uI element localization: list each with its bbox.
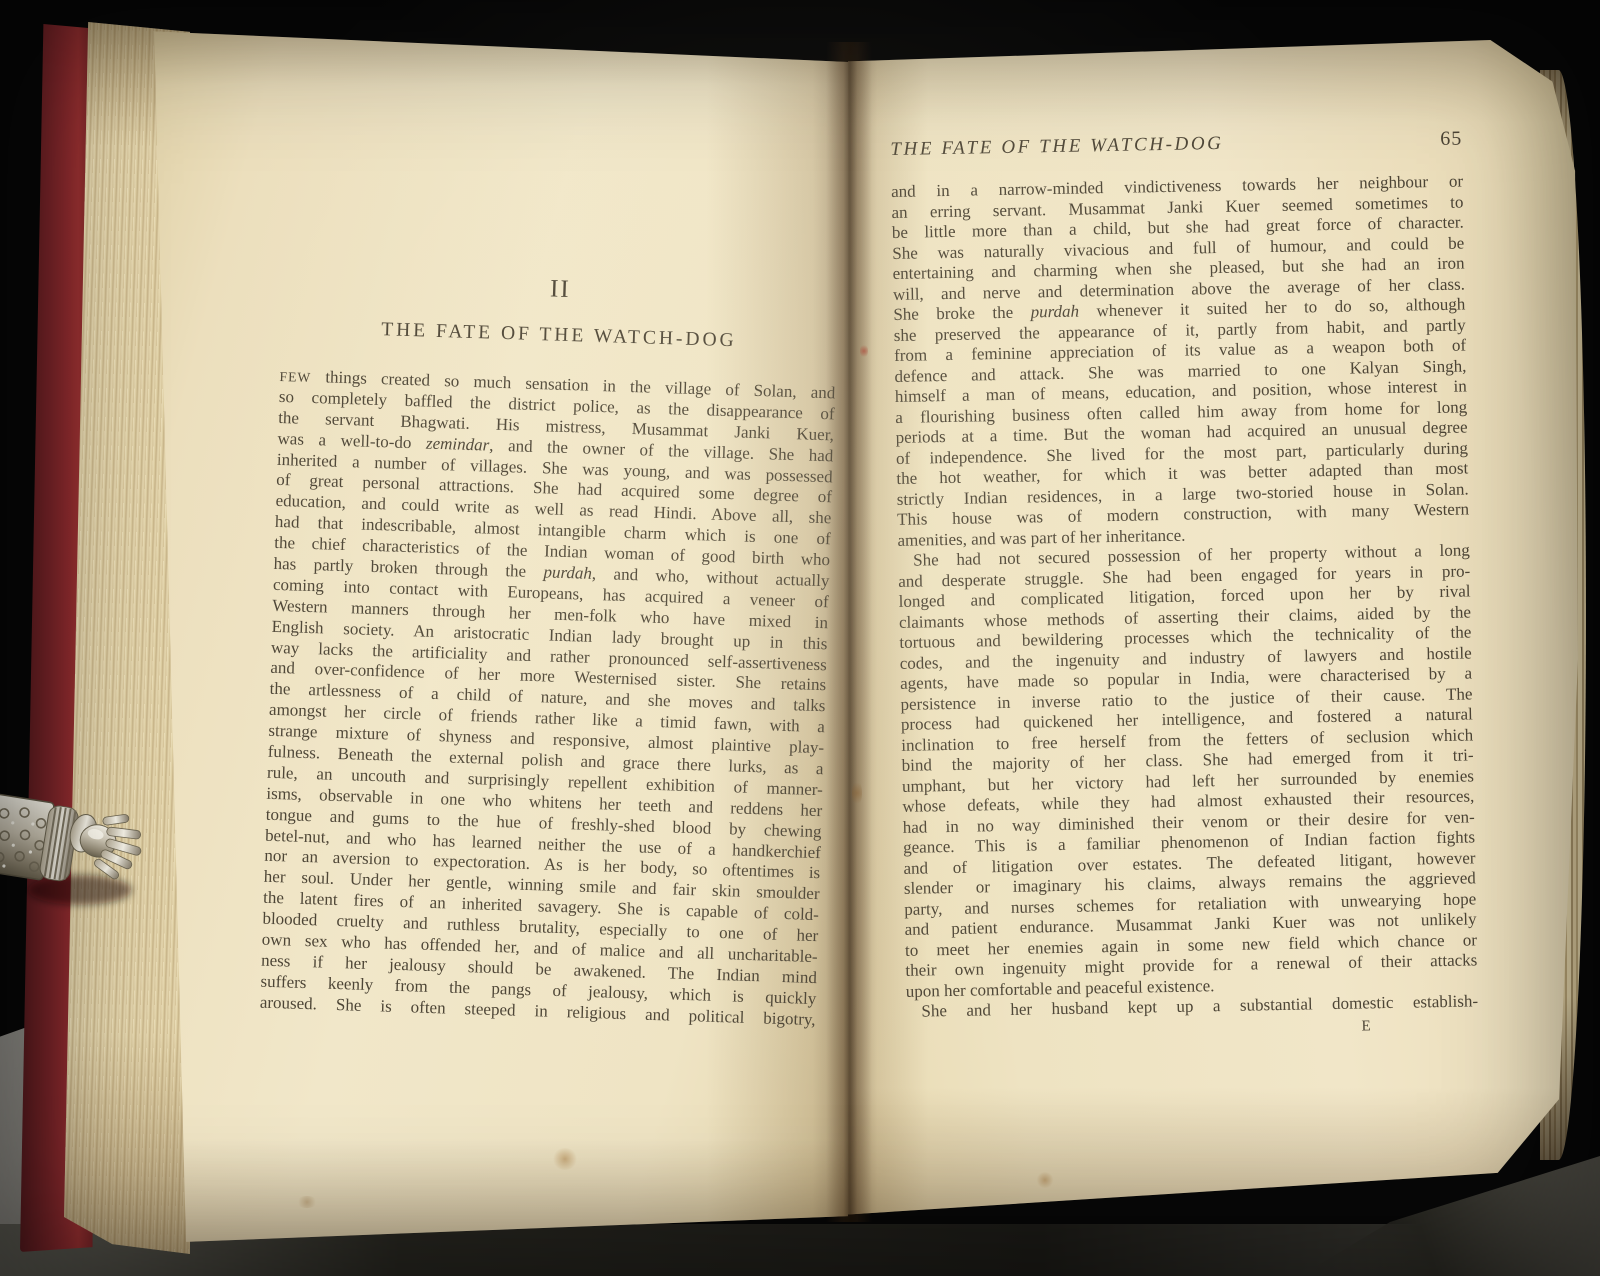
foxing-spot (852, 780, 862, 806)
foxing-spot (552, 1148, 578, 1170)
running-head-row: THE FATE OF THE WATCH-DOG 65 (890, 128, 1462, 161)
foxing-spot (860, 344, 868, 358)
bookmark-shadow (28, 875, 132, 905)
running-head: THE FATE OF THE WATCH-DOG (890, 133, 1224, 161)
page-number: 65 (1440, 128, 1462, 151)
bookmark-clip (0, 770, 150, 926)
right-page-text: THE FATE OF THE WATCH-DOG 65 and in a na… (890, 120, 1479, 1044)
chapter-title: THE FATE OF THE WATCH-DOG (281, 314, 838, 357)
book-gutter-shadow (826, 42, 872, 1222)
foxing-spot (1036, 1172, 1054, 1188)
book-photo: II THE FATE OF THE WATCH-DOG FEW things … (0, 0, 1600, 1276)
page-body-text: FEW things created so much sensation in … (260, 366, 836, 1031)
foxing-spot (296, 1196, 318, 1208)
left-page-text: II THE FATE OF THE WATCH-DOG FEW things … (260, 266, 839, 1031)
page-body-text: and in a narrow-minded vindictiveness to… (891, 172, 1478, 1023)
bookmark-band (0, 793, 80, 884)
